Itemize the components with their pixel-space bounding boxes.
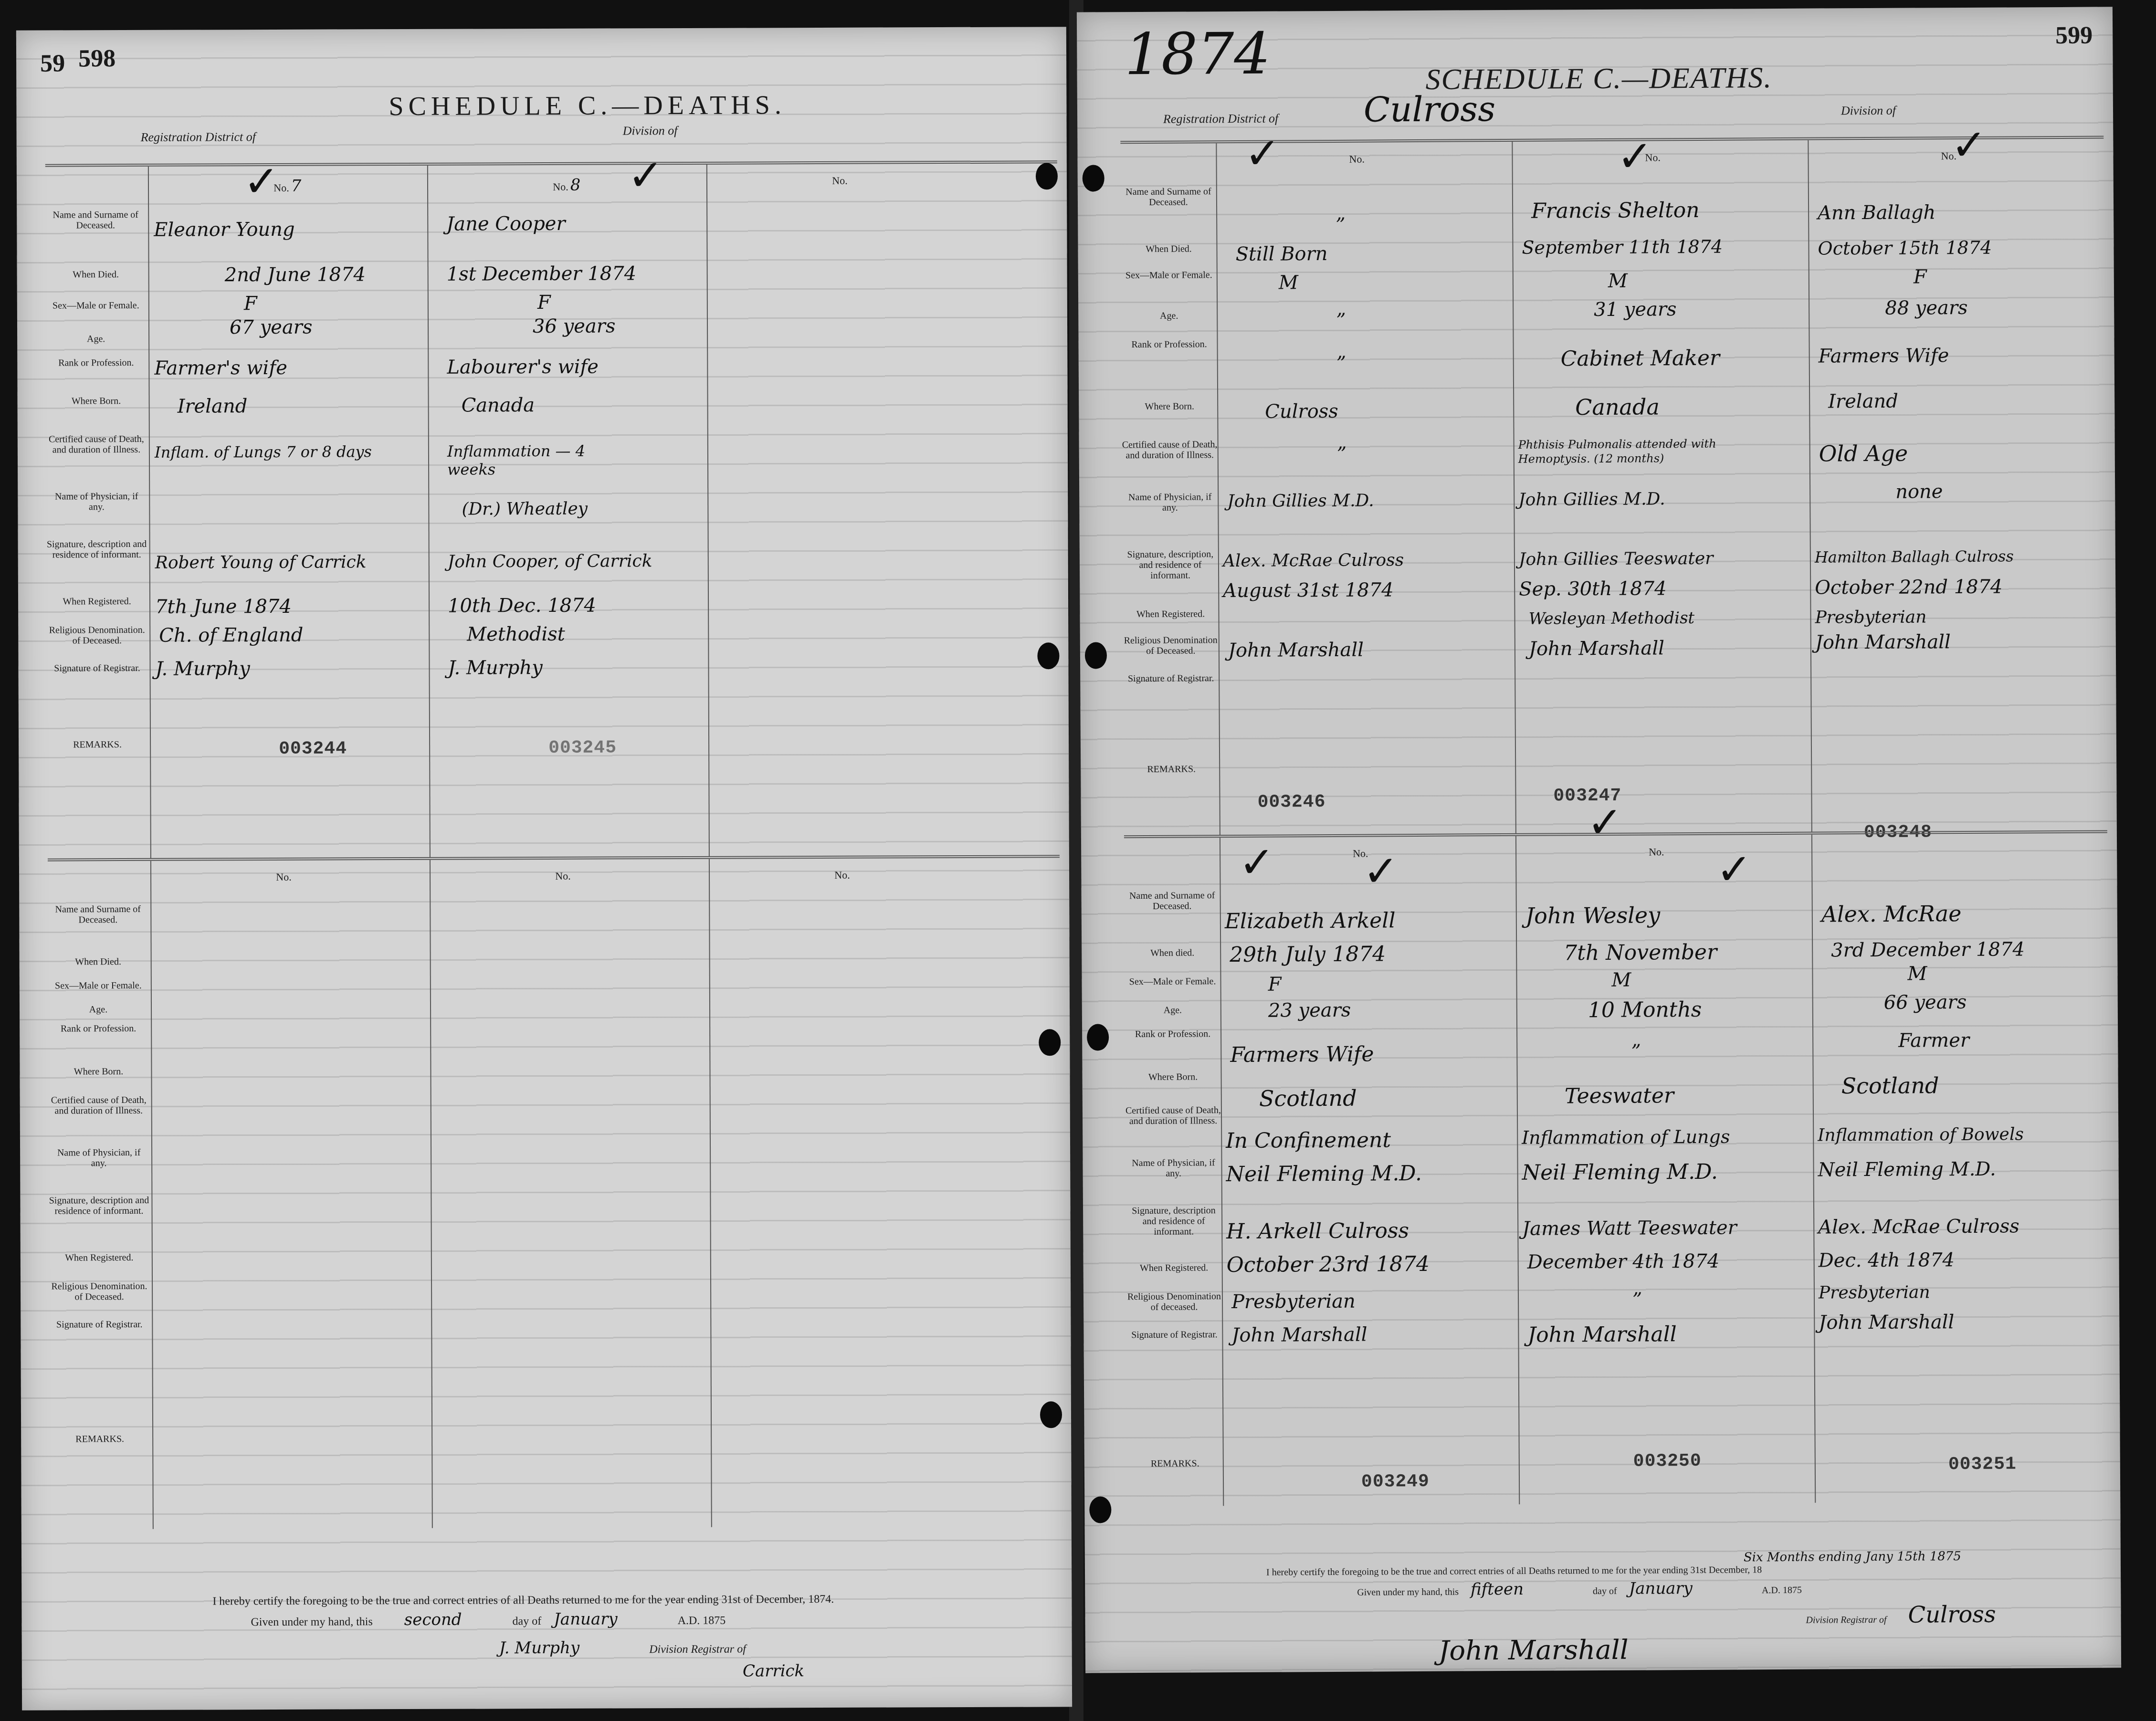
age: 31 years	[1594, 298, 1805, 321]
row-label-remarks: REMARKS.	[47, 739, 147, 750]
no-label: No.	[1649, 846, 1664, 858]
deceased-name: Elizabeth Arkell	[1225, 908, 1512, 934]
row-label-remarks: REMARKS.	[1127, 1458, 1223, 1469]
row-label-when-registered: When Registered.	[49, 1252, 149, 1263]
deceased-name: Jane Cooper	[446, 212, 703, 235]
page-number: 599	[2055, 21, 2093, 50]
deceased-name: Ann Ballagh	[1818, 200, 2100, 224]
checkmark-icon: ✓	[1617, 131, 1653, 181]
when-registered: October 22nd 1874	[1815, 575, 2102, 598]
row-label-remarks: REMARKS.	[50, 1434, 150, 1445]
binding-hole	[1085, 642, 1107, 669]
row-label-cause: Certified cause of Death, and duration o…	[46, 434, 147, 455]
checkmark-icon: ✓	[1716, 844, 1752, 894]
when-died: Still Born	[1235, 242, 1508, 265]
where-born: Ireland	[1828, 389, 2101, 412]
division-label: Division of	[623, 124, 678, 138]
row-label-rank: Rank or Profession.	[48, 1023, 148, 1034]
row-label-when-died: When Died.	[46, 269, 146, 280]
when-died: 1st December 1874	[447, 262, 703, 285]
informant: Hamilton Ballagh Culross	[1815, 546, 2102, 566]
row-label-sex: Sex—Male or Female.	[46, 300, 146, 311]
registrar-signature: J. Murphy	[499, 1638, 580, 1658]
binding-hole	[1039, 1029, 1061, 1056]
cause-of-death: Inflammation of Bowels	[1818, 1124, 2105, 1145]
no-label: No.	[553, 181, 568, 193]
religion: Presbyterian	[1819, 1281, 2106, 1302]
page-title: SCHEDULE C.—DEATHS.	[389, 90, 786, 122]
entry-column: No. Elizabeth Arkell 29th July 1874 F 23…	[1220, 836, 1520, 1506]
religion: Methodist	[467, 623, 704, 646]
certificate-text: I hereby certify the foregoing to be the…	[1266, 1563, 2102, 1578]
row-label-when-died: When died.	[1125, 947, 1220, 958]
month-value: January	[554, 1609, 618, 1628]
row-label-when-died: When Died.	[1121, 243, 1216, 254]
when-registered: December 4th 1874	[1527, 1250, 1810, 1273]
ad-label: A.D. 1875	[1762, 1585, 1802, 1595]
row-label-informant: Signature, description and residence of …	[49, 1195, 149, 1217]
no-label: No.	[1349, 153, 1365, 165]
registration-district-value: Culross	[1364, 89, 1496, 129]
row-label-age: Age.	[1121, 310, 1217, 321]
row-label-name: Name and Surname of Deceased.	[45, 210, 146, 231]
row-label-registrar: Signature of Registrar.	[49, 1319, 149, 1330]
day-of-label: day of	[513, 1615, 542, 1627]
row-label-informant: Signature, description and residence of …	[47, 539, 147, 560]
row-label-age: Age.	[46, 334, 146, 345]
row-label-name: Name and Surname of Deceased.	[1121, 186, 1216, 208]
registrar-signature: John Marshall	[1529, 637, 1807, 660]
when-died: September 11th 1874	[1522, 236, 1804, 258]
cause-of-death: Old Age	[1819, 439, 2102, 466]
cause-of-death: In Confinement	[1226, 1127, 1513, 1153]
certificate: Six Months ending Jany 15th 1875 I hereb…	[1266, 1549, 2102, 1668]
age: 67 years	[230, 316, 424, 338]
when-registered: Sep. 30th 1874	[1519, 577, 1806, 600]
given-label: Given under my hand, this	[251, 1616, 372, 1628]
no-label: No.	[834, 869, 850, 881]
right-page: 1874 599 SCHEDULE C.—DEATHS. Registratio…	[1077, 7, 2121, 1673]
binding-hole	[1036, 163, 1058, 189]
row-label-religion: Religious Denomination. of Deceased.	[49, 1281, 149, 1302]
row-label-sex: Sex—Male or Female.	[48, 980, 148, 991]
row-label-informant: Signature, description and residence of …	[1126, 1205, 1221, 1237]
sex: F	[1268, 972, 1512, 996]
entry-column-empty: No.	[430, 859, 712, 1528]
row-label-name: Name and Surname of Deceased.	[48, 904, 148, 925]
row-label-sex: Sex—Male or Female.	[1125, 976, 1220, 987]
row-label-cause: Certified cause of Death, and duration o…	[1122, 439, 1218, 461]
where-born: Scotland	[1841, 1071, 2105, 1099]
rank: ”	[1336, 352, 1509, 375]
row-label-religion: Religious Denomination of deceased.	[1126, 1291, 1222, 1312]
physician: John Gillies M.D.	[1518, 489, 1806, 510]
row-label-where-born: Where Born.	[1125, 1071, 1221, 1082]
year-note: 1874	[1125, 21, 1271, 88]
when-registered: October 23rd 1874	[1227, 1251, 1514, 1277]
page-number-stamp: 59	[40, 49, 65, 77]
where-born: Canada	[1575, 393, 1805, 420]
informant: John Cooper, of Carrick	[448, 551, 704, 572]
checkmark-icon: ✓	[1244, 128, 1281, 178]
row-label-physician: Name of Physician, if any.	[1125, 1157, 1221, 1179]
no-label: No.	[832, 175, 847, 187]
sex: F	[537, 291, 703, 314]
row-label-physician: Name of Physician, if any.	[49, 1147, 149, 1169]
left-page: 59 598 SCHEDULE C.—DEATHS. Registration …	[16, 27, 1072, 1711]
registrar-signature: John Marshall	[1231, 1323, 1514, 1346]
sex: F	[244, 292, 424, 315]
registrar-signature: John Marshall	[1819, 1310, 2106, 1333]
certificate-handwritten-insert: Six Months ending Jany 15th 1875	[1744, 1549, 2102, 1565]
row-labels: Name and Surname of Deceased. When Died.…	[1120, 143, 1220, 836]
sex: M	[1279, 271, 1509, 294]
row-label-when-died: When Died.	[48, 956, 148, 967]
row-label-informant: Signature, description, and residence of…	[1123, 549, 1218, 581]
informant: H. Arkell Culross	[1226, 1218, 1514, 1244]
record-stamp: 003246	[1257, 792, 1325, 813]
informant: John Gillies Teeswater	[1519, 548, 1806, 569]
deceased-name: Alex. McRae	[1821, 900, 2104, 927]
entry-column: Alex. McRae 3rd December 1874 M 66 years…	[1811, 833, 2111, 1502]
entry-column: No. Ann Ballagh October 15th 1874 F 88 y…	[1808, 138, 2107, 832]
rank: Farmers Wife	[1230, 1041, 1513, 1067]
record-stamp: 003250	[1633, 1451, 1702, 1472]
age: 66 years	[1884, 990, 2104, 1013]
row-label-where-born: Where Born.	[46, 396, 147, 407]
rank: Farmers Wife	[1819, 344, 2101, 367]
physician: Neil Fleming M.D.	[1226, 1161, 1514, 1186]
where-born: Canada	[462, 394, 704, 417]
row-label-where-born: Where Born.	[1122, 401, 1217, 412]
row-label-cause: Certified cause of Death, and duration o…	[49, 1095, 149, 1116]
sex: M	[1608, 269, 1805, 292]
row-label-religion: Religious Denomination. of Deceased.	[47, 625, 147, 646]
where-born: Ireland	[178, 395, 424, 418]
ad-label: A.D. 1875	[678, 1615, 726, 1627]
binding-hole	[1040, 1401, 1062, 1428]
division-registrar-label: Division Registrar of	[1806, 1615, 1887, 1626]
day-of-label: day of	[1593, 1586, 1617, 1596]
age: 88 years	[1885, 296, 2101, 319]
binding-hole	[1087, 1024, 1109, 1050]
row-label-when-registered: When Registered.	[47, 596, 147, 607]
age: 23 years	[1268, 998, 1513, 1022]
entries-block-bottom: Name and Surname of Deceased. When Died.…	[48, 855, 1062, 1529]
registration-district-label: Registration District of	[1163, 111, 1278, 126]
when-registered: Dec. 4th 1874	[1819, 1248, 2106, 1271]
row-labels: Name and Surname of Deceased. When Died.…	[45, 167, 151, 859]
when-died: October 15th 1874	[1818, 236, 2100, 259]
binding-hole	[1037, 642, 1059, 669]
rank: Farmer	[1898, 1028, 2104, 1051]
sex: M	[1611, 968, 1808, 991]
given-label: Given under my hand, this	[1357, 1587, 1459, 1598]
cause-of-death: ”	[1337, 442, 1510, 465]
entry-column-empty: No.	[709, 858, 990, 1527]
informant: Robert Young of Carrick	[155, 552, 425, 573]
row-label-where-born: Where Born.	[48, 1066, 148, 1077]
when-registered: 7th June 1874	[155, 595, 425, 618]
cause-of-death: Phthisis Pulmonalis attended with Hemopt…	[1518, 436, 1786, 466]
when-registered: August 31st 1874	[1223, 578, 1510, 602]
age: ”	[1336, 309, 1509, 332]
binding-hole	[1089, 1496, 1111, 1523]
checkmark-icon: ✓	[243, 157, 280, 207]
rank: ”	[1631, 1040, 1809, 1063]
registrar-signature: J. Murphy	[155, 657, 425, 680]
entry-column-empty: No.	[150, 860, 433, 1529]
row-label-rank: Rank or Profession.	[46, 357, 146, 368]
deceased-name: Francis Shelton	[1531, 198, 1804, 223]
row-label-physician: Name of Physician, if any.	[46, 491, 147, 513]
when-died: 3rd December 1874	[1831, 938, 2104, 961]
row-label-physician: Name of Physician, if any.	[1122, 492, 1218, 513]
checkmark-icon: ✓	[628, 150, 664, 200]
no-label: No.	[555, 870, 570, 882]
age: 10 Months	[1588, 997, 1809, 1022]
page-number: 598	[78, 44, 116, 73]
certificate: I hereby certify the foregoing to be the…	[212, 1593, 929, 1682]
informant: Alex. McRae Culross	[1818, 1215, 2105, 1238]
where-born: Scotland	[1259, 1084, 1513, 1112]
entry-number: 8	[570, 176, 581, 195]
row-label-when-registered: When Registered.	[1126, 1262, 1222, 1273]
row-label-name: Name and Surname of Deceased.	[1125, 890, 1220, 912]
no-label: No.	[276, 871, 291, 883]
row-label-religion: Religious Denomination of Deceased.	[1123, 635, 1219, 656]
registrar-signature: John Marshall	[1228, 638, 1511, 661]
row-label-rank: Rank or Profession.	[1125, 1028, 1220, 1039]
entry-column: No. ” Still Born M ” ” Culross ” John Gi…	[1216, 142, 1516, 835]
sex: F	[1914, 265, 2101, 288]
registrar-signature: John Marshall	[1815, 630, 2103, 653]
row-label-registrar: Signature of Registrar.	[1126, 1329, 1222, 1340]
deceased-name: John Wesley	[1525, 902, 1808, 929]
record-stamp: 003251	[1948, 1454, 2017, 1475]
deceased-name: ”	[1336, 213, 1508, 236]
cause-of-death: Inflammation of Lungs	[1522, 1126, 1809, 1148]
row-label-cause: Certified cause of Death, and duration o…	[1125, 1105, 1221, 1126]
physician: Neil Fleming M.D.	[1818, 1157, 2105, 1181]
checkmark-icon: ✓	[1363, 846, 1399, 896]
row-labels: Name and Surname of Deceased. When died.…	[1124, 838, 1224, 1506]
religion: Wesleyan Methodist	[1528, 608, 1806, 629]
registration-district-label: Registration District of	[141, 130, 256, 145]
row-label-when-registered: When Registered.	[1123, 609, 1218, 619]
physician: Neil Fleming M.D.	[1522, 1159, 1809, 1185]
physician	[155, 495, 424, 496]
entry-number: 7	[291, 177, 302, 196]
entry-column-empty: No.	[706, 164, 988, 857]
informant: Alex. McRae Culross	[1223, 550, 1510, 571]
record-stamp: 003244	[279, 738, 347, 759]
division-registrar-label: Division Registrar of	[649, 1643, 746, 1656]
when-registered: 10th Dec. 1874	[448, 594, 704, 617]
religion: Ch. of England	[159, 624, 425, 647]
rank: Farmer's wife	[154, 357, 424, 379]
row-label-registrar: Signature of Registrar.	[1123, 673, 1219, 684]
checkmark-icon: ✓	[1239, 838, 1275, 888]
where-born: Culross	[1265, 399, 1509, 423]
where-born: Teeswater	[1565, 1083, 1809, 1109]
entries-block-top: Name and Surname of Deceased. When Died.…	[1120, 136, 2107, 836]
religion: Presbyterian	[1815, 606, 2102, 627]
binding-hole	[1083, 165, 1104, 191]
day-value: fifteen	[1471, 1580, 1524, 1599]
cause-of-death: Inflam. of Lungs 7 or 8 days	[155, 442, 424, 462]
checkmark-icon: ✓	[1951, 120, 1987, 170]
entry-column: No. John Wesley 7th November M 10 Months…	[1515, 835, 1816, 1504]
row-label-age: Age.	[48, 1004, 148, 1015]
registrar-signature: John Marshall	[1527, 1322, 1810, 1347]
informant: James Watt Teeswater	[1522, 1217, 1809, 1240]
deceased-name: Eleanor Young	[154, 218, 423, 241]
age: 36 years	[533, 315, 703, 337]
division-value: Carrick	[743, 1661, 929, 1680]
rank: Cabinet Maker	[1561, 346, 1805, 371]
when-died: 2nd June 1874	[225, 263, 424, 286]
month-value: January	[1629, 1579, 1693, 1598]
when-died: 7th November	[1564, 940, 1808, 965]
division-value: Culross	[1908, 1601, 1996, 1628]
day-value: second	[404, 1610, 462, 1629]
record-stamp: 003249	[1361, 1471, 1430, 1492]
physician: John Gillies M.D.	[1227, 490, 1510, 511]
religion: ”	[1632, 1288, 1810, 1311]
physician: (Dr.) Wheatley	[462, 499, 704, 519]
sex: M	[1907, 962, 2104, 985]
row-label-sex: Sex—Male or Female.	[1121, 270, 1217, 281]
entries-block-bottom: Name and Surname of Deceased. When died.…	[1124, 830, 2111, 1506]
entry-column: No. Francis Shelton September 11th 1874 …	[1512, 140, 1812, 834]
checkmark-icon: ✓	[1587, 798, 1623, 848]
entries-block-top: Name and Surname of Deceased. When Died.…	[45, 160, 1060, 859]
division-label: Division of	[1841, 104, 1896, 118]
when-died: 29th July 1874	[1230, 941, 1512, 967]
row-label-age: Age.	[1125, 1005, 1220, 1016]
entry-column: No.8 Jane Cooper 1st December 1874 F 36 …	[427, 165, 710, 858]
row-label-rank: Rank or Profession.	[1121, 339, 1217, 350]
physician: none	[1895, 480, 2102, 503]
religion: Presbyterian	[1231, 1290, 1514, 1313]
row-label-remarks: REMARKS.	[1124, 764, 1219, 775]
certificate-text: I hereby certify the foregoing to be the…	[212, 1593, 928, 1608]
row-label-registrar: Signature of Registrar.	[47, 663, 147, 674]
registrar-signature: John Marshall	[1439, 1632, 2102, 1667]
registrar-signature: J. Murphy	[448, 656, 704, 679]
rank: Labourer's wife	[447, 356, 703, 378]
row-labels: Name and Surname of Deceased. When Died.…	[48, 861, 154, 1530]
record-stamp: 003245	[548, 737, 617, 758]
entry-column: No.7 Eleanor Young 2nd June 1874 F 67 ye…	[148, 166, 431, 859]
cause-of-death: Inflammation — 4 weeks	[447, 441, 638, 478]
